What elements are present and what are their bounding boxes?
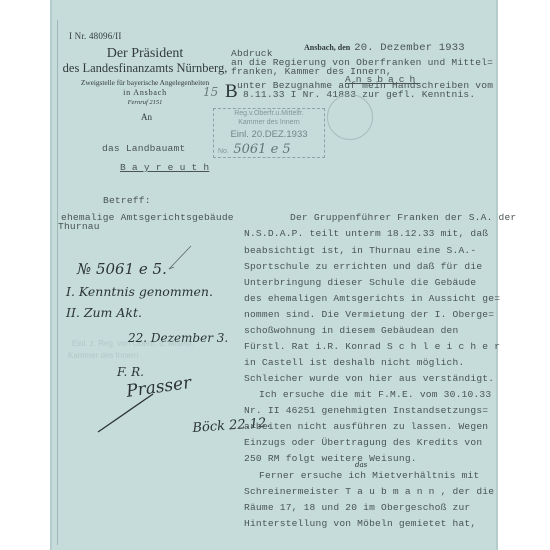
body-line: Schreinermeister T a u b m a n n , der d… xyxy=(244,486,494,497)
stamp-date: Einl. 20.DEZ.1933 xyxy=(214,129,324,140)
body-line: Der Gruppenführer Franken der S.A. der xyxy=(290,212,516,223)
stamp-line1: Reg.v.Oberfr.u.Mittelfr. xyxy=(214,110,324,117)
body-line: 250 RM folgt weitere Weisung. xyxy=(244,453,417,464)
place: Ansbach, den xyxy=(304,43,350,52)
letterhead-line1: Der Präsident xyxy=(60,46,230,62)
body-line: Ferner ersuche ich Mietverhältnis mit xyxy=(259,470,479,481)
salutation: An xyxy=(141,112,152,122)
body-line: nommen sind. Die Vermietung der I. Oberg… xyxy=(244,309,494,320)
body-line: Ich ersuche die mit F.M.E. vom 30.10.33 xyxy=(259,389,491,400)
body-line: N.S.D.A.P. teilt unterm 18.12.33 mit, da… xyxy=(244,228,488,239)
handwritten-initials: F. R. xyxy=(117,365,144,379)
reference-text: I Nr. 48096/II xyxy=(69,31,122,41)
body-line: Räume 17, 18 und 20 im Obergeschoß zur xyxy=(244,502,470,513)
signature-stroke-icon xyxy=(95,390,155,435)
body-line: Schleicher wurde von hier aus verständig… xyxy=(244,373,494,384)
body-line: des ehemaligen Amtsgerichts in Aussicht … xyxy=(244,293,500,304)
handwritten-item-2: II. Zum Akt. xyxy=(66,305,142,320)
body-line: Sportschule zu errichten und daß für die xyxy=(244,261,482,272)
body-line: beabsichtigt ist, in Thurnau eine S.A.- xyxy=(244,245,476,256)
recipient-city: B a y r e u t h xyxy=(120,162,209,173)
subject-label: Betreff: xyxy=(103,195,151,206)
handwritten-file-number: № 5061 e 5. xyxy=(77,260,167,278)
letterhead-line2: des Landesfinanzamts Nürnberg, xyxy=(60,61,230,76)
body-line: Einzugs oder Übertragung des Kredits von xyxy=(244,437,482,448)
place-date: Ansbach, den 20. Dezember 1933 xyxy=(304,37,465,55)
page-margin-line xyxy=(57,20,58,545)
handwritten-date: 22. Dezember 3. xyxy=(128,331,228,345)
date: 20. Dezember 1933 xyxy=(354,42,465,54)
body-line: Nr. II 46251 genehmigten Instandsetzungs… xyxy=(244,405,488,416)
body-line: Fürstl. Rat i.R. Konrad S c h l e i c h … xyxy=(244,341,500,352)
handwritten-item-1: I. Kenntnis genommen. xyxy=(66,284,213,299)
margin-number: 15 xyxy=(203,85,218,99)
stamp-number-value: 5061 e 5 xyxy=(233,142,290,157)
body-line: arbeiten nicht ausführen zu lassen. Wege… xyxy=(244,421,488,432)
recipient-line1: das Landbauamt xyxy=(102,143,185,154)
stamp-number: No. 5061 e 5 xyxy=(214,140,328,158)
body-line: schoßwohnung in diesem Gebäudean den xyxy=(244,325,458,336)
letterhead-phone: Fernruf 2151 xyxy=(60,99,230,106)
reference-number: I Nr. 48096/II xyxy=(69,31,122,42)
arrow-mark-icon xyxy=(165,243,195,273)
margin-letter: B xyxy=(225,81,238,103)
stamp-line2: Kammer des Innern xyxy=(214,119,324,126)
subject-line2: Thurnau xyxy=(58,221,100,232)
body-line: in Castell ist deshalb nicht möglich. xyxy=(244,357,464,368)
receipt-stamp: Reg.v.Oberfr.u.Mittelfr. Kammer des Inne… xyxy=(213,108,325,158)
body-line: Hinterstellung von Möbeln gemietet hat, xyxy=(244,518,476,529)
handwritten-insertion: das xyxy=(355,461,367,469)
body-line: Unterbringung dieser Schule die Gebäude xyxy=(244,277,476,288)
faded-stamp-text-2: Kammer des Innern xyxy=(68,351,138,360)
official-seal xyxy=(327,94,373,140)
stamp-number-prefix: No. xyxy=(218,148,229,155)
